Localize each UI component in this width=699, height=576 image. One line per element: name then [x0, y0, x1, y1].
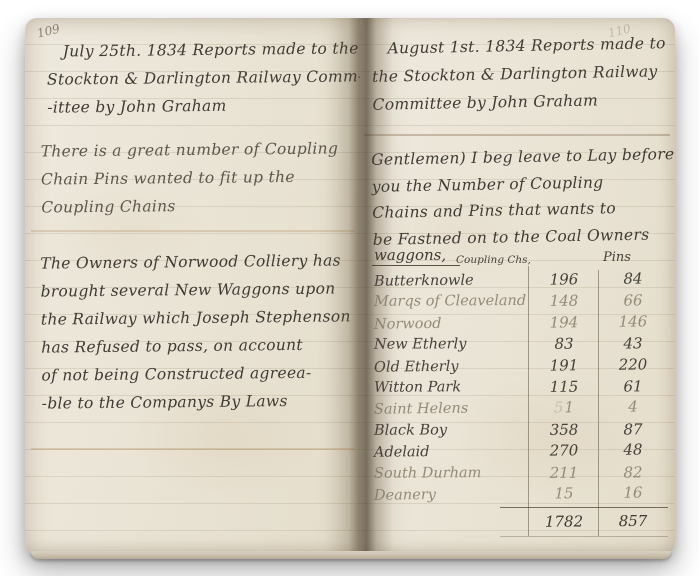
colliery-name: Adelaid: [360, 441, 530, 464]
pins-value: 43: [598, 333, 668, 355]
colliery-name: New Etherly: [360, 334, 530, 356]
total-pins-value: 857: [598, 509, 668, 534]
table-row: Deanery 15 16: [360, 482, 675, 507]
colliery-name: Norwood: [360, 313, 530, 336]
colliery-name: Witton Park: [360, 377, 530, 399]
handwritten-line: has Refused to pass, on account: [41, 330, 351, 361]
pins-value: 84: [598, 268, 668, 290]
right-paragraph-body: Gentlemen) I beg leave to Lay before you…: [371, 141, 676, 253]
handwritten-line: Coupling Chains: [41, 190, 339, 221]
table-row: Saint Helens 51 4: [360, 396, 675, 421]
handwritten-line: Stockton & Darlington Railway Comm-: [47, 62, 364, 93]
total-chains-value: 1782: [530, 509, 598, 534]
handwritten-line: Chain Pins wanted to fit up the: [41, 162, 339, 193]
pins-value: 4: [598, 397, 668, 419]
right-page: 110 August 1st. 1834 Reports made to the…: [360, 18, 675, 555]
ruled-separator: [364, 134, 670, 136]
handwritten-line: Committee by John Graham: [372, 85, 667, 119]
handwritten-line: of not being Constructed agreea-: [41, 358, 351, 389]
coupling-chains-value: 270: [530, 440, 598, 462]
colliery-name: South Durham: [360, 462, 530, 484]
handwritten-line: There is a great number of Coupling: [41, 134, 339, 165]
pins-value: 16: [598, 482, 668, 504]
column-header-pins: Pins: [603, 250, 631, 265]
handwritten-line: brought several New Waggons upon: [40, 274, 350, 305]
handwritten-line: July 25th. 1834 Reports made to the: [47, 34, 364, 65]
pins-value: 61: [598, 376, 668, 398]
coupling-chains-value: 148: [530, 291, 598, 313]
column-header-coupling-chains: Coupling Chs,: [456, 254, 531, 266]
pins-value: 146: [598, 311, 668, 333]
coupling-chains-value: 15: [530, 483, 598, 505]
table-row: Marqs of Cleaveland 148 66: [360, 291, 675, 314]
colliery-name: Saint Helens: [360, 398, 530, 421]
coupling-chains-value: 211: [530, 462, 598, 484]
colliery-name: Black Boy: [360, 420, 530, 442]
table-row: South Durham 211 82: [360, 462, 675, 485]
colliery-name: Old Etherly: [360, 355, 530, 378]
left-paragraph-coupling-chains: There is a great number of Coupling Chai…: [41, 134, 339, 221]
handwritten-line: the Stockton & Darlington Railway: [372, 57, 667, 91]
colliery-name: Deanery: [360, 484, 530, 507]
coupling-chains-value: 358: [530, 419, 598, 441]
table-row: Adelaid 270 48: [360, 439, 675, 464]
colliery-name: Marqs of Cleaveland: [360, 291, 530, 313]
ruled-separator: [31, 230, 355, 232]
left-page: 109 July 25th. 1834 Reports made to the …: [25, 18, 360, 555]
table-row: Old Etherly 191 220: [360, 354, 675, 379]
handwritten-line: the Railway which Joseph Stephenson: [41, 302, 351, 333]
coupling-chains-value: 191: [530, 355, 598, 377]
colliery-name: Butterknowle: [360, 270, 530, 293]
pins-value: 48: [598, 439, 668, 461]
left-paragraph-heading: July 25th. 1834 Reports made to the Stoc…: [47, 34, 364, 121]
table-row: Black Boy 358 87: [360, 419, 675, 442]
waggons-label: waggons,: [372, 246, 460, 266]
table-row: Norwood 194 146: [360, 311, 675, 336]
coupling-chains-value: 51: [530, 397, 598, 419]
coupling-chains-value: 83: [530, 334, 598, 356]
pins-value: 66: [598, 291, 668, 313]
ledger-book: 109 July 25th. 1834 Reports made to the …: [25, 18, 675, 555]
coupling-chains-value: 194: [530, 312, 598, 334]
handwritten-line: -ittee by John Graham: [47, 90, 364, 121]
pins-value: 220: [598, 354, 668, 376]
handwritten-line: The Owners of Norwood Colliery has: [40, 246, 350, 277]
photograph-of-open-ledger: 109 July 25th. 1834 Reports made to the …: [0, 0, 699, 576]
pins-value: 82: [598, 462, 668, 484]
table-bottom-rule: [500, 536, 668, 537]
handwritten-line: -ble to the Companys By Laws: [42, 386, 352, 417]
table-total-row: 1782 857: [360, 509, 675, 536]
coupling-chains-value: 115: [530, 377, 598, 399]
table-row: New Etherly 83 43: [360, 333, 675, 356]
waggon-table-rows: Butterknowle 196 84 Marqs of Cleaveland …: [360, 270, 675, 505]
left-paragraph-norwood-waggons: The Owners of Norwood Colliery has broug…: [40, 246, 352, 417]
pins-value: 87: [598, 419, 668, 441]
right-paragraph-heading: August 1st. 1834 Reports made to the Sto…: [371, 29, 667, 119]
ruled-separator: [31, 448, 355, 450]
total-row-spacer: [360, 510, 530, 535]
coupling-chains-value: 196: [530, 269, 598, 291]
